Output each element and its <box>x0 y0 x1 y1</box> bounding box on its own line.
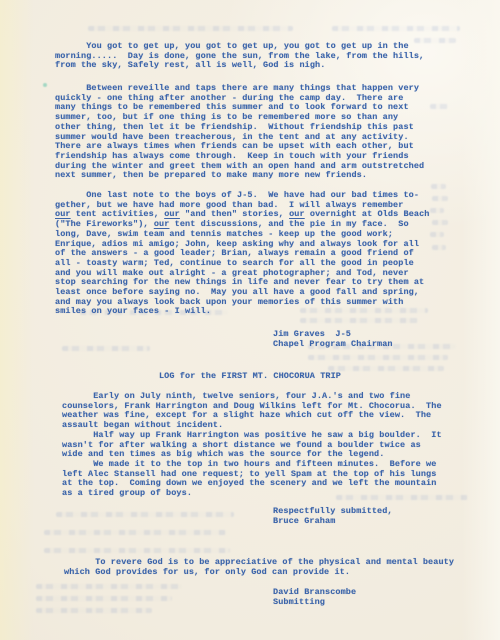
bruce-graham-signature: Respectfully submitted, Bruce Graham <box>273 507 393 526</box>
friendship-paragraph: Between reveille and taps there are many… <box>55 84 424 181</box>
bleedthrough-line <box>430 232 444 237</box>
bleedthrough-line <box>328 366 444 371</box>
revere-god-paragraph: To revere God is to be appreciative of t… <box>64 558 454 577</box>
bleedthrough-line <box>432 245 446 250</box>
document-page: You got to get up, you got to get up, yo… <box>0 0 500 640</box>
bleedthrough-line <box>36 584 182 589</box>
bleedthrough-line <box>430 208 444 213</box>
bleedthrough-line <box>300 318 418 323</box>
log-paragraph: Early on July ninth, twelve seniors, fou… <box>62 392 442 499</box>
david-branscombe-signature: David Branscombe Submitting <box>273 588 356 607</box>
bleedthrough-line <box>432 220 448 225</box>
bleedthrough-line <box>62 346 150 351</box>
bleedthrough-line <box>430 104 448 109</box>
opening-song-paragraph: You got to get up, you got to get up, yo… <box>55 42 424 71</box>
bleedthrough-line <box>431 184 446 189</box>
bleedthrough-line <box>432 196 448 201</box>
log-heading: LOG for the FIRST MT. CHOCORUA TRIP <box>0 372 500 382</box>
paper-speck <box>43 83 47 87</box>
bleedthrough-line <box>56 512 234 517</box>
bleedthrough-line <box>36 596 172 601</box>
bleedthrough-line <box>36 608 152 613</box>
bleedthrough-line <box>332 26 460 31</box>
bleedthrough-line <box>88 26 293 31</box>
bleedthrough-line <box>44 530 226 535</box>
j5-farewell-paragraph: One last note to the boys of J-5. We hav… <box>55 191 430 317</box>
jim-graves-signature: Jim Graves J-5 Chapel Program Chairman <box>273 330 393 349</box>
bleedthrough-line <box>308 355 448 360</box>
bleedthrough-line <box>44 548 230 553</box>
